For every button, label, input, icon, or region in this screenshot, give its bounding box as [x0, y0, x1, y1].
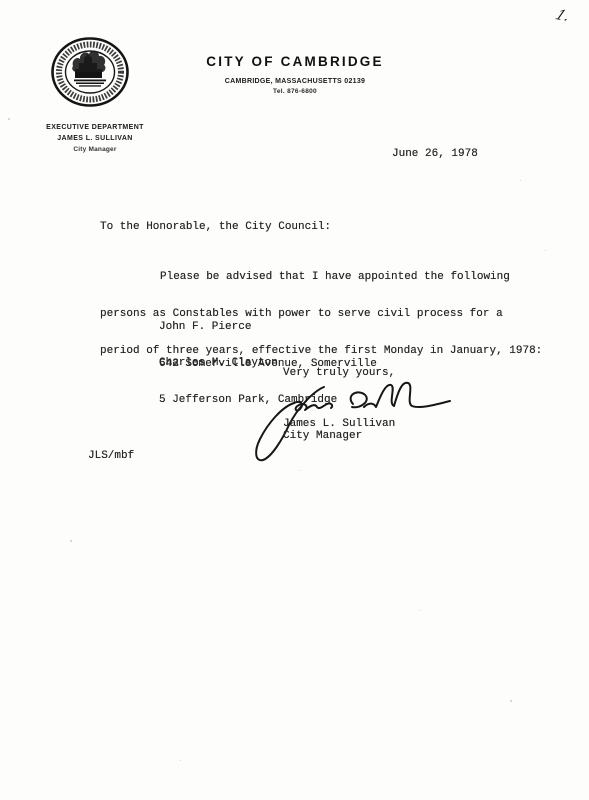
scan-speck [8, 118, 10, 120]
manager-title: City Manager [28, 146, 162, 153]
scan-speck [520, 180, 521, 181]
scan-speck [300, 470, 301, 471]
scan-speck [70, 540, 72, 542]
reference-initials: JLS/mbf [88, 450, 134, 462]
department-block: EXECUTIVE DEPARTMENT JAMES L. SULLIVAN C… [28, 124, 162, 153]
letterhead: CITY OF CAMBRIDGE CAMBRIDGE, MASSACHUSET… [165, 54, 425, 95]
body-line: Please be advised that I have appointed … [100, 271, 560, 283]
city-seal-icon [50, 36, 130, 108]
closing-line: Very truly yours, [283, 367, 395, 379]
manager-name: JAMES L. SULLIVAN [28, 135, 162, 142]
scan-speck [510, 700, 512, 702]
letterhead-phone: Tel. 876-6800 [165, 88, 425, 95]
signature-typed-name: James L. Sullivan [283, 418, 395, 430]
salutation: To the Honorable, the City Council: [100, 221, 331, 233]
date-line: June 26, 1978 [392, 148, 478, 160]
scan-speck [420, 610, 421, 611]
scan-speck [545, 250, 546, 251]
department-name: EXECUTIVE DEPARTMENT [28, 124, 162, 131]
signature-typed-title: City Manager [283, 430, 362, 442]
letter-page: 1. CITY OF CAMBRIDGE CAMBRIDGE, MASSACHU… [0, 0, 589, 800]
scan-speck [180, 760, 181, 761]
letterhead-title: CITY OF CAMBRIDGE [165, 54, 425, 69]
letterhead-address: CAMBRIDGE, MASSACHUSETTS 02139 [165, 78, 425, 85]
handwritten-page-mark: 1. [552, 8, 573, 25]
